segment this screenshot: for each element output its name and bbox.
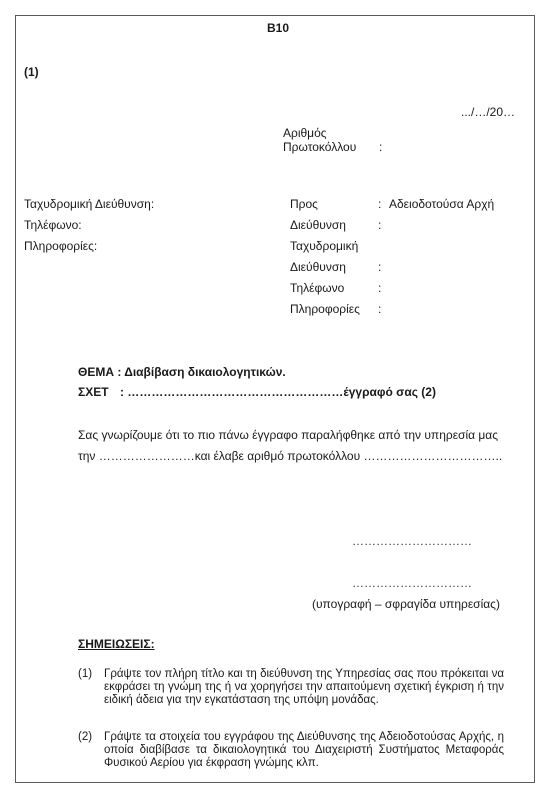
note-number: (2) bbox=[78, 731, 104, 770]
recipient-info-label: Πληροφορίες bbox=[290, 302, 360, 316]
reference-text: : ………………………………………………έγγραφό σας (2) bbox=[120, 385, 436, 399]
recipient-postal-address-colon: : bbox=[378, 260, 381, 274]
sender-info-label: Πληροφορίες: bbox=[24, 239, 97, 253]
issuer-note-reference: (1) bbox=[24, 65, 39, 79]
reference-label: ΣΧΕΤ bbox=[78, 385, 109, 399]
recipient-postal-label: Ταχυδρομική bbox=[290, 239, 358, 253]
form-code: B10 bbox=[0, 21, 556, 35]
recipient-phone-colon: : bbox=[378, 281, 381, 295]
sender-phone-label: Τηλέφωνο: bbox=[24, 218, 82, 232]
note-number: (1) bbox=[78, 668, 104, 707]
recipient-to-label: Προς bbox=[290, 197, 318, 211]
protocol-number-colon: : bbox=[379, 140, 382, 154]
recipient-to-value: Αδειοδοτούσα Αρχή bbox=[389, 197, 494, 211]
signature-dotted-line-1: ………………………… bbox=[352, 534, 472, 548]
note-item: (2) Γράψτε τα στοιχεία του εγγράφου της … bbox=[78, 731, 504, 770]
protocol-number-label-line2: Πρωτοκόλλου bbox=[283, 140, 356, 154]
note-item: (1) Γράψτε τον πλήρη τίτλο και τη διεύθυ… bbox=[78, 668, 504, 707]
recipient-address-label: Διεύθυνση bbox=[290, 218, 346, 232]
date-field: .../…/20… bbox=[461, 105, 515, 119]
body-text-line1: Σας γνωρίζουμε ότι το πιο πάνω έγγραφο π… bbox=[78, 428, 498, 442]
signature-caption: (υπογραφή – σφραγίδα υπηρεσίας) bbox=[312, 597, 500, 611]
protocol-number-label: Αριθμός bbox=[283, 126, 327, 140]
note-text: Γράψτε τον πλήρη τίτλο και τη διεύθυνση … bbox=[104, 668, 504, 707]
signature-dotted-line-2: ………………………… bbox=[352, 576, 472, 590]
recipient-to-colon: : bbox=[378, 197, 381, 211]
subject-line: ΘΕΜΑ : Διαβίβαση δικαιολογητικών. bbox=[78, 365, 286, 379]
body-text-line2: την ……………………και έλαβε αριθμό πρωτοκόλλου… bbox=[78, 449, 502, 463]
recipient-address-colon: : bbox=[378, 218, 381, 232]
note-text: Γράψτε τα στοιχεία του εγγράφου της Διεύ… bbox=[104, 731, 504, 770]
recipient-phone-label: Τηλέφωνο bbox=[290, 281, 344, 295]
notes-title: ΣΗΜΕΙΩΣΕΙΣ: bbox=[78, 637, 155, 651]
recipient-postal-address-label: Διεύθυνση bbox=[290, 260, 346, 274]
sender-postal-address-label: Ταχυδρομική Διεύθυνση: bbox=[24, 197, 154, 211]
recipient-info-colon: : bbox=[378, 302, 381, 316]
